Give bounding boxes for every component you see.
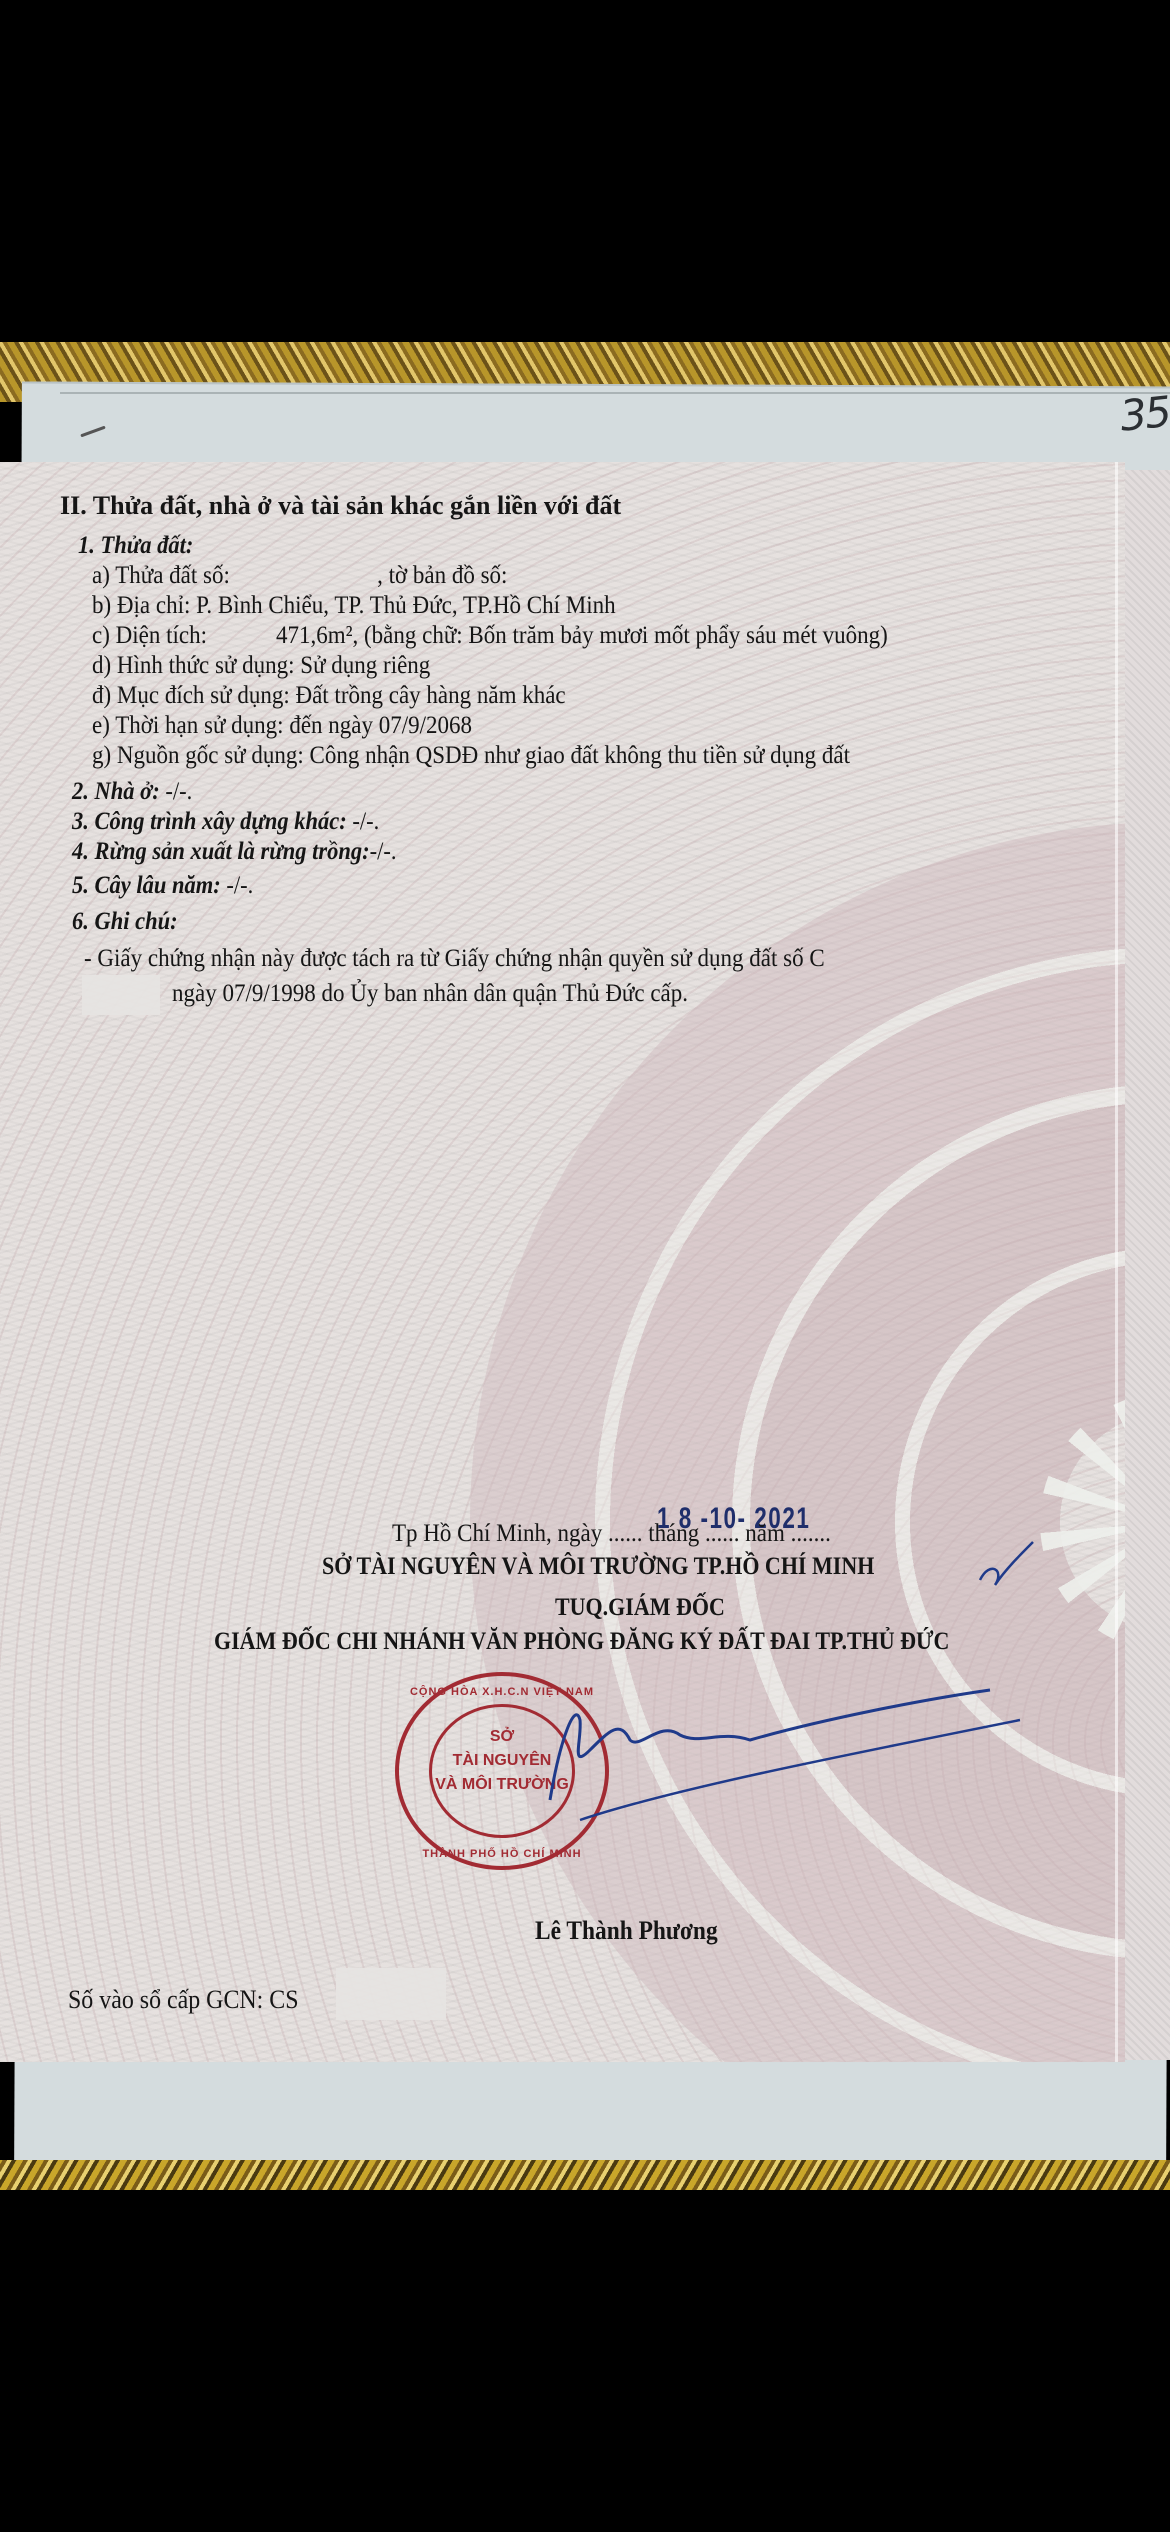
production-forest-value: -/-. bbox=[370, 838, 397, 865]
use-form-row: d) Hình thức sử dụng: Sử dụng riêng bbox=[92, 652, 430, 680]
perennial-trees-row: 5. Cây lâu năm: -/-. bbox=[72, 872, 253, 900]
initial-mark bbox=[975, 1540, 1035, 1590]
other-construction-label: 3. Công trình xây dựng khác: bbox=[72, 808, 347, 835]
section-title: II. Thửa đất, nhà ở và tài sản khác gắn … bbox=[60, 492, 621, 520]
signature bbox=[520, 1680, 1040, 1830]
production-forest-row: 4. Rừng sản xuất là rừng trồng:-/-. bbox=[72, 838, 397, 866]
house-value: -/-. bbox=[160, 778, 192, 805]
redacted-certificate-number bbox=[82, 975, 160, 1015]
issue-date-line: Tp Hồ Chí Minh, ngày ...... tháng ......… bbox=[392, 1520, 831, 1548]
notes-heading: 6. Ghi chú: bbox=[72, 908, 178, 936]
on-behalf-of: TUQ.GIÁM ĐỐC bbox=[555, 1594, 725, 1622]
gold-tablecloth-bottom bbox=[0, 2160, 1170, 2190]
other-construction-row: 3. Công trình xây dựng khác: -/-. bbox=[72, 808, 379, 836]
bronze-drum-watermark bbox=[470, 822, 1125, 2062]
area-value: 471,6m², (bằng chữ: Bốn trăm bảy mươi mố… bbox=[276, 622, 888, 649]
signer-position: GIÁM ĐỐC CHI NHÁNH VĂN PHÒNG ĐĂNG KÝ ĐẤT… bbox=[214, 1628, 949, 1656]
registry-number-label: Số vào sổ cấp GCN: CS bbox=[68, 1986, 299, 2014]
redacted-registry-number bbox=[336, 1968, 446, 2020]
use-purpose-row: đ) Mục đích sử dụng: Đất trồng cây hàng … bbox=[92, 682, 566, 710]
map-sheet-label: , tờ bản đồ số: bbox=[377, 562, 507, 589]
house-label: 2. Nhà ở: bbox=[72, 778, 160, 805]
perennial-trees-label: 5. Cây lâu năm: bbox=[72, 872, 221, 899]
other-construction-value: -/-. bbox=[347, 808, 379, 835]
parcel-number-label: a) Thửa đất số: bbox=[92, 562, 230, 589]
seal-ring-bottom-text: THÀNH PHỐ HỒ CHÍ MINH bbox=[399, 1848, 605, 1860]
perennial-trees-value: -/-. bbox=[221, 872, 253, 899]
area-row: c) Diện tích:471,6m², (bằng chữ: Bốn tră… bbox=[92, 622, 888, 650]
use-origin-row: g) Nguồn gốc sử dụng: Công nhận QSDĐ như… bbox=[92, 742, 850, 770]
back-sheet-edge bbox=[60, 392, 1170, 394]
signer-name: Lê Thành Phương bbox=[535, 1917, 718, 1945]
notes-line-2: ngày 07/9/1998 do Ủy ban nhân dân quận T… bbox=[172, 980, 688, 1008]
issuing-authority: SỞ TÀI NGUYÊN VÀ MÔI TRƯỜNG TP.HỒ CHÍ MI… bbox=[322, 1553, 874, 1581]
notes-line-1: - Giấy chứng nhận này được tách ra từ Gi… bbox=[84, 945, 825, 973]
handwritten-number: 355 bbox=[1118, 384, 1170, 440]
area-label: c) Diện tích: bbox=[92, 622, 207, 649]
parcel-number-redacted bbox=[230, 566, 377, 588]
use-term-row: e) Thời hạn sử dụng: đến ngày 07/9/2068 bbox=[92, 712, 472, 740]
page-fold bbox=[1115, 462, 1118, 2062]
certificate-right-edge bbox=[1125, 470, 1170, 2060]
land-heading: 1. Thửa đất: bbox=[78, 532, 193, 560]
house-row: 2. Nhà ở: -/-. bbox=[72, 778, 192, 806]
production-forest-label: 4. Rừng sản xuất là rừng trồng: bbox=[72, 838, 370, 865]
address-row: b) Địa chỉ: P. Bình Chiểu, TP. Thủ Đức, … bbox=[92, 592, 616, 620]
parcel-number-row: a) Thửa đất số:, tờ bản đồ số: bbox=[92, 562, 507, 590]
